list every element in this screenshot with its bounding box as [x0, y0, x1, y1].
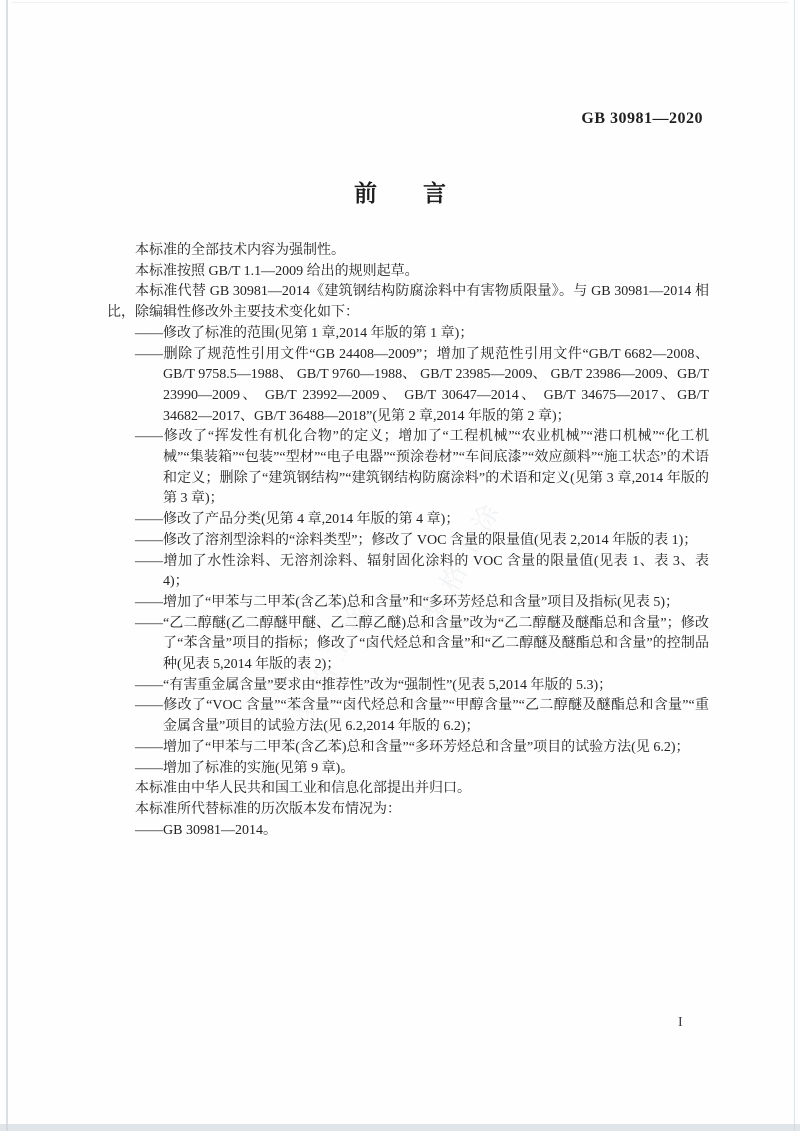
foreword-list-item: ——修改了“VOC 含量”“苯含量”“卤代烃总和含量”“甲醇含量”“乙二醇醚及醚…: [163, 696, 709, 737]
foreword-list-item: ——“乙二醇醚(乙二醇醚甲醚、乙二醇乙醚)总和含量”改为“乙二醇醚及醚酯总和含量…: [163, 614, 709, 676]
foreword-list-item: ——修改了标准的范围(见第 1 章,2014 年版的第 1 章)；: [163, 324, 709, 345]
foreword-list-item: ——修改了“挥发性有机化合物”的定义；增加了“工程机械”“农业机械”“港口机械”…: [163, 427, 709, 510]
standard-code: GB 30981—2020: [581, 110, 703, 128]
foreword-paragraph: 本标准所代替标准的历次版本发布情况为：: [107, 800, 709, 821]
foreword-list-item: ——增加了“甲苯与二甲苯(含乙苯)总和含量”和“多环芳烃总和含量”项目及指标(见…: [163, 593, 709, 614]
foreword-list-item: ——删除了规范性引用文件“GB 24408—2009”；增加了规范性引用文件“G…: [163, 345, 709, 428]
foreword-list-item: ——增加了水性涂料、无溶剂涂料、辐射固化涂料的 VOC 含量的限量值(见表 1、…: [163, 552, 709, 593]
scan-edge-bottom: [0, 1124, 800, 1131]
foreword-paragraph: 本标准由中华人民共和国工业和信息化部提出并归口。: [107, 779, 709, 800]
foreword-title: 前 言: [0, 175, 800, 208]
foreword-list-item: ——GB 30981—2014。: [163, 821, 709, 842]
scan-edge-right: [794, 0, 795, 1131]
foreword-list-item: ——增加了标准的实施(见第 9 章)。: [163, 759, 709, 780]
document-page: 梦格工涂 梦格工涂 GB 30981—2020 前 言 本标准的全部技术内容为强…: [0, 0, 800, 1131]
foreword-paragraph: 本标准代替 GB 30981—2014《建筑钢结构防腐涂料中有害物质限量》。与 …: [107, 282, 709, 323]
foreword-paragraph: 本标准按照 GB/T 1.1—2009 给出的规则起草。: [107, 262, 709, 283]
foreword-list-item: ——“有害重金属含量”要求由“推荐性”改为“强制性”(见表 5,2014 年版的…: [163, 676, 709, 697]
foreword-body: 本标准的全部技术内容为强制性。本标准按照 GB/T 1.1—2009 给出的规则…: [107, 241, 709, 841]
foreword-list-item: ——增加了“甲苯与二甲苯(含乙苯)总和含量”“多环芳烃总和含量”项目的试验方法(…: [163, 738, 709, 759]
foreword-list-item: ——修改了溶剂型涂料的“涂料类型”；修改了 VOC 含量的限量值(见表 2,20…: [163, 531, 709, 552]
foreword-paragraph: 本标准的全部技术内容为强制性。: [107, 241, 709, 262]
page-number: I: [678, 1015, 683, 1031]
scan-edge-left: [6, 0, 8, 1131]
scan-edge-top: [12, 2, 788, 3]
foreword-list-item: ——修改了产品分类(见第 4 章,2014 年版的第 4 章)；: [163, 510, 709, 531]
